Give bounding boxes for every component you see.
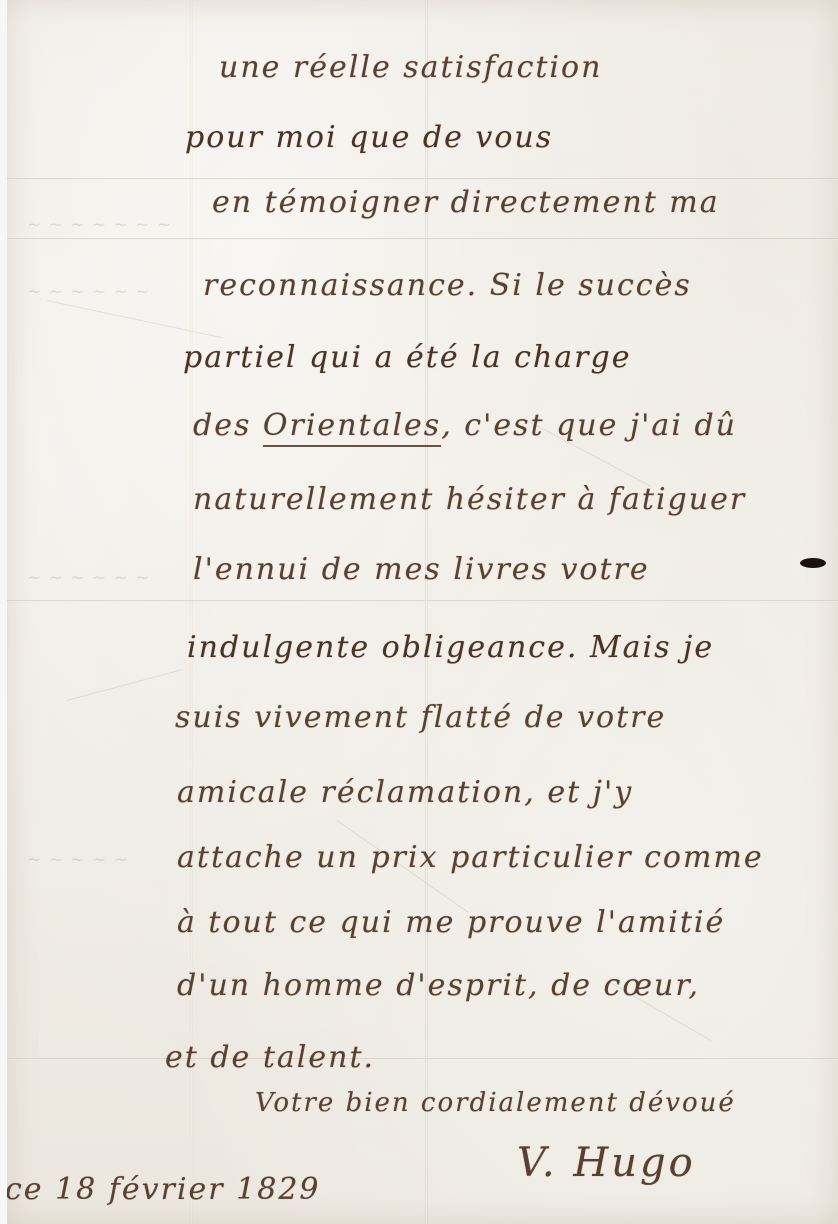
letter-closing: Votre bien cordialement dévoué — [255, 1088, 736, 1118]
letter-line: et de talent. — [165, 1040, 375, 1075]
show-through-text: ~ ~ ~ ~ ~ ~ — [27, 568, 150, 588]
show-through-text: ~ ~ ~ ~ ~ ~ — [27, 282, 150, 302]
letter-date: ce 18 février 1829 — [7, 1172, 321, 1207]
letter-line: naturellement hésiter à fatiguer — [193, 482, 746, 517]
letter-line: partiel qui a été la charge — [183, 340, 631, 375]
letter-line: attache un prix particulier comme — [177, 840, 764, 875]
letter-line: indulgente obligeance. Mais je — [187, 630, 714, 665]
paper-crease — [47, 300, 223, 338]
letter-line: en témoigner directement ma — [212, 185, 720, 220]
ink-blot — [800, 558, 826, 568]
line-text: , c'est que j'ai dû — [441, 408, 737, 443]
letter-line: des Orientales, c'est que j'ai dû — [193, 408, 737, 443]
letter-line: reconnaissance. Si le succès — [203, 268, 692, 303]
letter-line: une réelle satisfaction — [219, 50, 602, 85]
letter-line: d'un homme d'esprit, de cœur, — [177, 968, 700, 1003]
letter-line: amicale réclamation, et j'y — [177, 775, 633, 810]
fold-line-vertical — [425, 0, 428, 1224]
show-through-text: ~ ~ ~ ~ ~ ~ ~ — [27, 215, 172, 235]
signature: V. Hugo — [517, 1140, 696, 1186]
fold-line — [7, 600, 838, 602]
line-text: des — [193, 408, 251, 443]
fold-line — [7, 1058, 838, 1060]
letter-sheet: ~ ~ ~ ~ ~ ~ ~ ~ ~ ~ ~ ~ ~ ~ ~ ~ ~ ~ ~ ~ … — [7, 0, 838, 1224]
fold-line — [7, 238, 838, 240]
letter-line: à tout ce qui me prouve l'amitié — [177, 905, 725, 940]
letter-line: l'ennui de mes livres votre — [193, 552, 650, 587]
paper-crease — [67, 669, 183, 701]
letter-line: pour moi que de vous — [185, 120, 553, 155]
fold-line — [7, 178, 838, 180]
show-through-text: ~ ~ ~ ~ ~ — [27, 850, 129, 870]
letter-line: suis vivement flatté de votre — [175, 700, 666, 735]
book-title-orientales: Orientales — [263, 408, 441, 447]
